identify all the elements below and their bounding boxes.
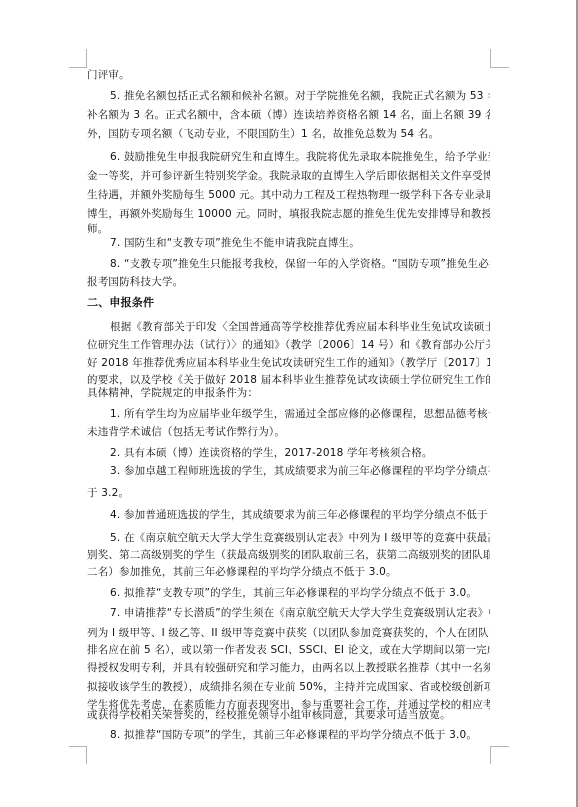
text-line: 位研究生工作管理办法（试行）〉的通知》（教学〔2006〕14 号）和《教育部办公… bbox=[87, 338, 490, 352]
text-line: 未违背学术诚信（包括无考试作弊行为）。 bbox=[87, 425, 490, 439]
text-line: 5. 在《南京航空航天大学大学生竞赛级别认定表》中列为 I 级甲等的竞赛中获最高… bbox=[110, 531, 490, 545]
corner-mark-bottom-right-h bbox=[490, 746, 509, 747]
text-line: 二名）参加推免，其前三年必修课程的平均学分绩点不低于 3.0。 bbox=[87, 565, 490, 579]
text-line: 金一等奖，并可参评新生特别奖学金。我院录取的直博生入学后即依据相关文件享受博士 bbox=[87, 169, 490, 183]
corner-mark-bottom-left-h bbox=[69, 746, 87, 747]
text-line: 4. 参加普通班选拔的学生，其成绩要求为前三年必修课程的平均学分绩点不低于 3.… bbox=[110, 508, 490, 522]
text-line: 或获得学校相关荣誉奖的，经校推免领导小组审核同意，其要求可适当放宽。 bbox=[87, 708, 490, 722]
text-line: 排名应在前 5 名），或以第一作者发表 SCI、SSCI、EI 论文，或在大学期… bbox=[87, 643, 490, 657]
text-line: 师。 bbox=[87, 222, 490, 236]
text-line: 报考国防科技大学。 bbox=[87, 275, 490, 289]
text-line: 外，国防专项名额（飞动专业，不限国防生）1 名，故推免总数为 54 名。 bbox=[87, 127, 490, 141]
text-line: 得授权发明专利，并具有较强研究和学习能力，由两名以上教授联名推荐（其中一名须为 bbox=[87, 661, 490, 675]
text-line: 补名额为 3 名。正式名额中，含本硕（博）连读培养资格名额 14 名，面上名额 … bbox=[87, 108, 490, 122]
corner-mark-top-right-v bbox=[490, 49, 491, 68]
text-line: 2. 具有本硕（博）连读资格的学生，2017-2018 学年考核须合格。 bbox=[110, 446, 490, 460]
text-line: 5. 推免名额包括正式名额和候补名额。对于学院推免名额，我院正式名额为 53 名… bbox=[110, 89, 490, 103]
text-line: 1. 所有学生均为应届毕业年级学生，需通过全部应修的必修课程，思想品德考核合格， bbox=[110, 407, 490, 421]
corner-mark-top-left-h bbox=[69, 67, 87, 68]
text-line: 拟接收该学生的教授），成绩排名须在专业前 50%，主持并完成国家、省或校级创新项… bbox=[87, 680, 490, 694]
corner-mark-bottom-right-v bbox=[490, 746, 491, 764]
corner-mark-top-left-v bbox=[86, 49, 87, 68]
text-line: 于 3.2。 bbox=[87, 486, 490, 500]
text-line: 8. 拟推荐“国防专项”的学生，其前三年必修课程的平均学分绩点不低于 3.0。 bbox=[110, 728, 490, 742]
text-line: 别奖、第二高级别奖的学生（获最高级别奖的团队取前三名，获第二高级别奖的团队取前 bbox=[87, 548, 490, 562]
corner-mark-bottom-left-v bbox=[86, 746, 87, 764]
text-line: 6. 拟推荐“支教专项”的学生，其前三年必修课程的平均学分绩点不低于 3.0。 bbox=[110, 586, 490, 600]
text-line: 8. “支教专项”推免生只能报考我校，保留一年的入学资格。“国防专项”推免生必须 bbox=[110, 257, 490, 271]
corner-mark-top-right-h bbox=[490, 67, 509, 68]
text-line: 7. 国防生和“支教专项”推免生不能申请我院直博生。 bbox=[110, 236, 490, 250]
text-line: 3. 参加卓越工程师班选拔的学生，其成绩要求为前三年必修课程的平均学分绩点不低 bbox=[110, 464, 490, 478]
text-line: 6. 鼓励推免生申报我院研究生和直博生。我院将优先录取本院推免生，给予学业奖学 bbox=[110, 150, 490, 164]
text-line: 的要求，以及学校《关于做好 2018 届本科毕业生推荐免试攻读硕士学位研究生工作… bbox=[87, 373, 490, 387]
section-heading: 二、申报条件 bbox=[87, 296, 490, 310]
text-line: 根据《教育部关于印发〈全国普通高等学校推荐优秀应届本科毕业生免试攻读硕士学 bbox=[110, 320, 490, 334]
text-line: 具体精神，学院规定的申报条件为： bbox=[87, 386, 490, 400]
text-line: 列为 I 级甲等、I 级乙等、II 级甲等竞赛中获奖（以团队参加竞赛获奖的，个人… bbox=[87, 626, 490, 640]
text-line: 7. 申请推荐“专长潜质”的学生须在《南京航空航天大学大学生竞赛级别认定表》中 bbox=[110, 606, 490, 620]
text-line: 博生，再额外奖励每生 10000 元。同时，填报我院志愿的推免生优先安排博导和教… bbox=[87, 207, 490, 221]
text-line: 门评审。 bbox=[87, 68, 490, 82]
text-line: 好 2018 年推荐优秀应届本科毕业生免试攻读研究生工作的通知》（教学厅〔201… bbox=[87, 356, 490, 370]
text-line: 生待遇，并额外奖励每生 5000 元。其中动力工程及工程热物理一级学科下各专业录… bbox=[87, 188, 490, 202]
